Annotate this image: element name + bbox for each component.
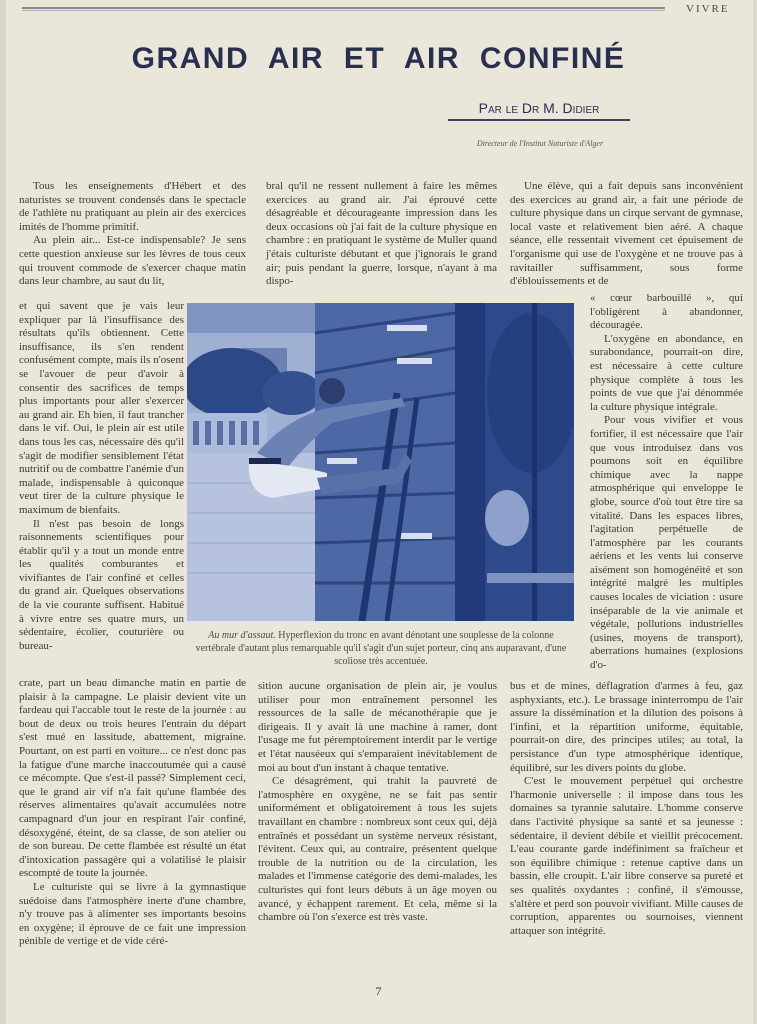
column-1-top: Tous les enseignements d'Hébert et des n… [19, 180, 246, 289]
paragraph: sition aucune organisation de plein air,… [258, 680, 497, 775]
paragraph: Au plein air... Est-ce indispensable? Je… [19, 234, 246, 288]
photo-caption: Au mur d'assaut. Hyperflexion du tronc e… [195, 629, 567, 668]
header-rule [22, 7, 665, 11]
page-edge [753, 0, 757, 1024]
paragraph: bus et de mines, déflagration d'armes à … [510, 680, 743, 775]
column-3-top: Une élève, qui a fait depuis sans inconv… [510, 180, 743, 289]
column-1-bottom: crate, part un beau dimanche matin en pa… [19, 677, 246, 949]
column-2-top: bral qu'il ne ressent nullement à faire … [266, 180, 497, 289]
paragraph: C'est le mouvement perpétuel qui orchest… [510, 775, 743, 938]
paragraph: Il n'est pas besoin de longs raisonnemen… [19, 518, 184, 654]
paragraph: Le culturiste qui se livre à la gymnasti… [19, 881, 246, 949]
running-head: VIVRE [686, 3, 730, 15]
caption-lead: Au mur d'assaut. [208, 630, 275, 641]
column-2-bottom: sition aucune organisation de plein air,… [258, 680, 497, 925]
paragraph: L'oxygène en abondance, en surabondance,… [590, 333, 743, 415]
paragraph: bral qu'il ne ressent nullement à faire … [266, 180, 497, 289]
page-edge [0, 0, 6, 1024]
article-title: GRAND AIR ET AIR CONFINÉ [0, 42, 757, 76]
paragraph: Ce désagrément, qui trahit la pauvreté d… [258, 775, 497, 925]
article-byline: Par le Dr M. Didier [448, 100, 630, 121]
athlete-climbing-wall-illustration [187, 303, 574, 621]
paragraph: Pour vous vivifier et vous fortifier, il… [590, 414, 743, 672]
column-1-beside-photo: et qui savent que je vais leur expliquer… [19, 300, 184, 653]
paragraph: Une élève, qui a fait depuis sans inconv… [510, 180, 743, 289]
paragraph: et qui savent que je vais leur expliquer… [19, 300, 184, 518]
column-3-beside-photo: « cœur barbouillé », qui l'obligèrent à … [590, 292, 743, 673]
paragraph: « cœur barbouillé », qui l'obligèrent à … [590, 292, 743, 333]
column-3-bottom: bus et de mines, déflagration d'armes à … [510, 680, 743, 938]
article-photo [187, 303, 574, 621]
author-affiliation: Directeur de l'Institut Naturiste d'Alge… [440, 139, 640, 148]
page-number: 7 [0, 984, 757, 999]
paragraph: crate, part un beau dimanche matin en pa… [19, 677, 246, 881]
paragraph: Tous les enseignements d'Hébert et des n… [19, 180, 246, 234]
